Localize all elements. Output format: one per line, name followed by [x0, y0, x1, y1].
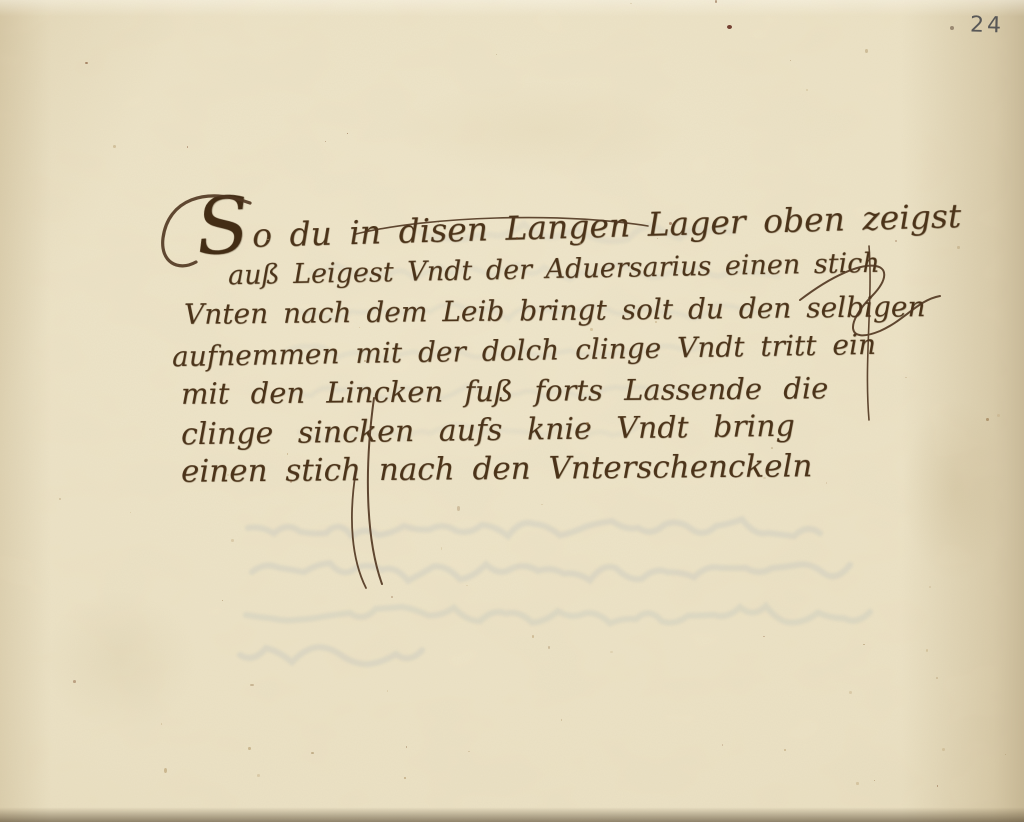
- manuscript-page: 24 S o du in disen Langen Lager oben zei…: [0, 0, 1024, 822]
- ink-dot: [950, 26, 954, 30]
- handwritten-line: einen stich nach den Vnterschenckeln: [181, 448, 813, 490]
- handwritten-line: mit den Lincken fuß forts Lassende die: [181, 371, 829, 411]
- initial-capital: S: [193, 186, 252, 268]
- paper-background: [0, 0, 1024, 822]
- page-number: 24: [970, 13, 1005, 39]
